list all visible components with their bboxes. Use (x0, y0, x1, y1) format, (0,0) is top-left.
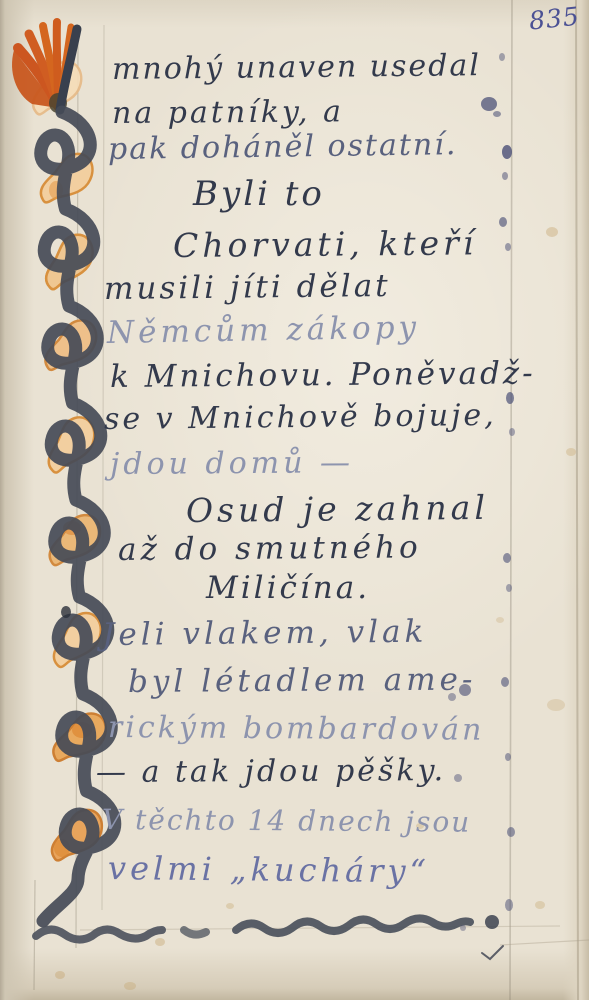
handwritten-line: pak doháněl ostatní. (108, 127, 458, 167)
pen-check-mark (482, 946, 503, 959)
page-number: 835 (528, 1, 581, 35)
handwritten-line: byl létadlem ame- (128, 662, 477, 700)
handwritten-line: Jeli vlakem, vlak (102, 614, 428, 653)
handwritten-line: Byli to (193, 174, 325, 214)
handwritten-line: velmi „kucháry“ (108, 849, 430, 890)
handwritten-line: Miličína. (206, 570, 370, 606)
handwritten-line: jdou domů — (110, 445, 354, 482)
handwritten-line: k Mnichovu. Poněvadž- (110, 355, 536, 395)
handwritten-line: mnohý unaven usedal (112, 48, 481, 87)
handwritten-line: musili jíti dělat (104, 268, 391, 307)
bottom-wave (36, 915, 503, 959)
handwritten-line: se v Mnichově bojuje, (104, 398, 497, 437)
handwritten-line: — a tak jdou pěšky. (96, 753, 446, 790)
handwritten-line: Chorvati, kteří (173, 223, 478, 265)
handwritten-line: rickým bombardován (108, 710, 485, 748)
handwritten-line: na patníky, a (112, 94, 344, 131)
handwritten-line: Němcům zákopy (107, 310, 421, 351)
manuscript-page: 835 mnohý unaven usedal na patníky, a pa… (0, 0, 589, 1000)
handwritten-line: Osud je zahnal (186, 488, 489, 530)
handwritten-line: V těchto 14 dnech jsou (102, 803, 472, 839)
handwritten-line: až do smutného (118, 529, 422, 568)
